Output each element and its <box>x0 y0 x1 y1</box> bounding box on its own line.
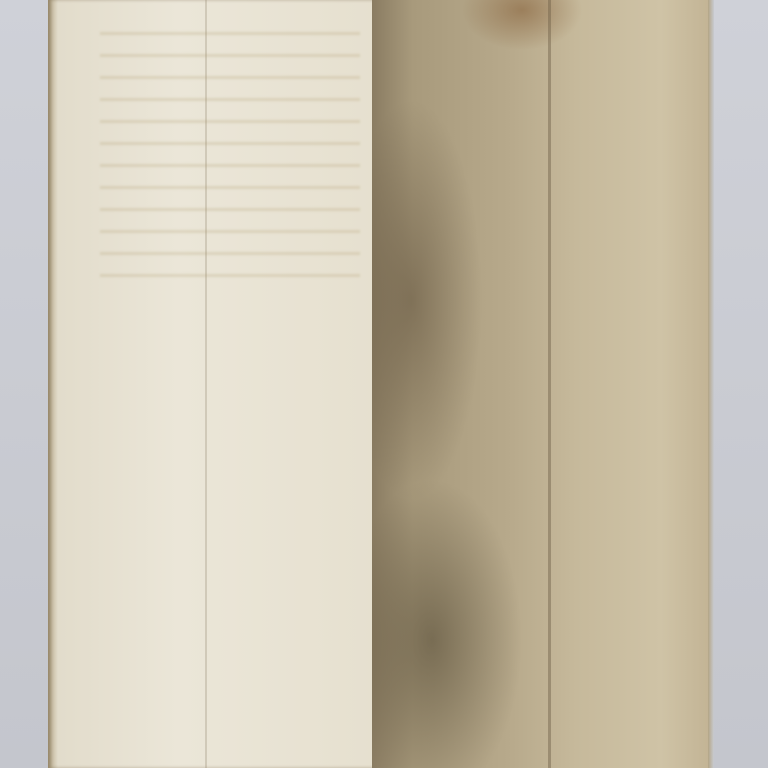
paper-edge <box>708 0 714 768</box>
document-right-panel <box>372 0 712 768</box>
faded-handwriting <box>100 20 360 280</box>
fold-crease-right <box>548 0 551 768</box>
